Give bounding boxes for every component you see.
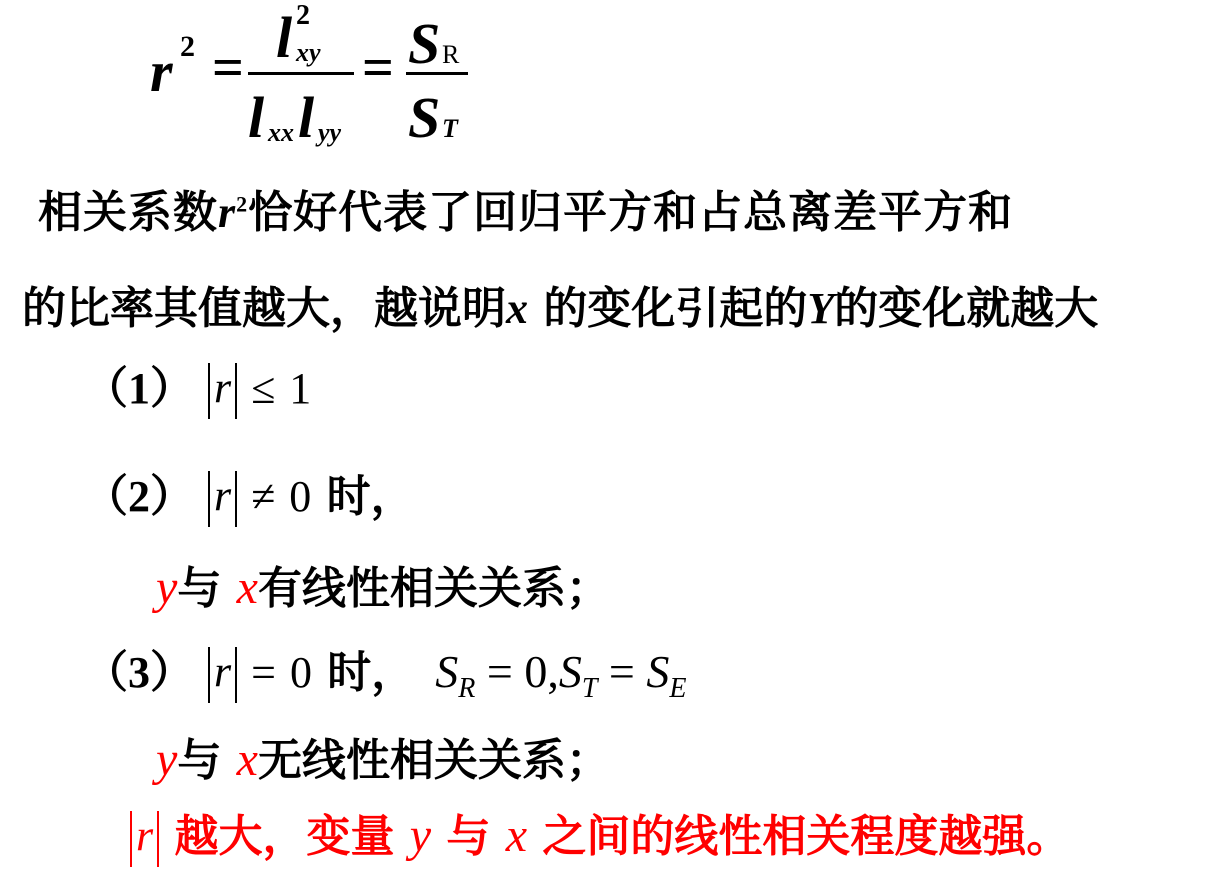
abs-r: r (208, 647, 237, 703)
var-y: y (156, 733, 177, 786)
conclusion: r 越大，变量 y 与 x 之间的线性相关程度越强。 (130, 800, 1070, 867)
fraction-lxy: l 2 xy l xx l yy (248, 0, 354, 150)
eq: = (597, 646, 646, 697)
text: 之间的线性相关程度越强。 (527, 811, 1070, 862)
var-r: r (218, 188, 236, 237)
exp-2: 2 (236, 191, 248, 216)
den-l1: l (248, 84, 264, 151)
text: 相关系数 (38, 187, 218, 238)
sum-of-squares-equation: SR = 0,ST = SE (435, 646, 686, 697)
den-S-sub: T (442, 114, 458, 144)
text: 与 (177, 735, 236, 786)
var-Y: Y (807, 284, 834, 333)
var-r: r (214, 471, 231, 520)
value: 0 (289, 472, 311, 521)
S: S (559, 646, 582, 697)
text: 无线性相关关系； (258, 735, 610, 786)
var-r: r (136, 811, 153, 860)
num-l: l (276, 4, 292, 71)
item-label: （3） (84, 648, 194, 697)
value: 1 (289, 364, 311, 413)
text: 的比率其值越大，越说明 (22, 283, 506, 334)
item-label: （1） (84, 364, 194, 413)
item-label: （2） (84, 472, 194, 521)
var-x: x (506, 809, 527, 862)
num-sub: xy (296, 38, 321, 68)
var-y: y (156, 561, 177, 614)
sub-R: R (458, 673, 475, 704)
den-l2: l (298, 84, 314, 151)
text: 与 (431, 811, 506, 862)
S: S (435, 646, 458, 697)
item-1: （1） r ≤ 1 (84, 352, 311, 419)
den-S: S (408, 84, 440, 151)
var-r: r (214, 363, 231, 412)
fraction-bar (248, 72, 354, 75)
item-2-note: y与 x有线性相关关系； (156, 552, 610, 616)
sub-E: E (669, 673, 686, 704)
fraction-bar (406, 72, 468, 75)
num-sup: 2 (296, 0, 310, 32)
text: = 0, (475, 646, 558, 697)
suffix: 时， (311, 471, 414, 522)
var-x: x (237, 561, 258, 614)
formula-eq-2: = (362, 36, 394, 100)
formula-lhs: r (150, 38, 173, 105)
var-y: y (410, 809, 431, 862)
abs-r: r (130, 811, 159, 867)
num-S: S (408, 10, 440, 77)
den-sub2: yy (318, 118, 341, 148)
fraction-sr-st: S R S T (406, 0, 468, 150)
suffix: 时， (312, 647, 415, 698)
relation: = (251, 648, 276, 697)
sub-T: T (582, 673, 598, 704)
item-3: （3） r = 0 时， SR = 0,ST = SE (84, 636, 686, 705)
relation: ≤ (251, 364, 275, 413)
text: 越大，变量 (159, 811, 410, 862)
item-3-note: y与 x无线性相关关系； (156, 724, 610, 788)
formula-lhs-exp: 2 (180, 30, 195, 64)
relation: ≠ (251, 472, 275, 521)
var-x: x (237, 733, 258, 786)
text: 恰好代表了回归平方和占总离差平方和 (248, 187, 1013, 238)
num-S-sub: R (442, 40, 459, 70)
text: 的变化引起的 (528, 283, 807, 334)
text: 的变化就越大 (834, 283, 1098, 334)
text: 与 (177, 563, 236, 614)
paragraph-line-1: 相关系数r2恰好代表了回归平方和占总离差平方和 (38, 176, 1013, 240)
formula-eq-1: = (212, 36, 244, 100)
den-sub1: xx (268, 118, 294, 148)
var-x: x (506, 284, 528, 333)
abs-r: r (208, 363, 237, 419)
S: S (646, 646, 669, 697)
abs-r: r (208, 471, 237, 527)
paragraph-line-2: 的比率其值越大，越说明x 的变化引起的Y的变化就越大 (22, 272, 1098, 336)
var-r: r (214, 647, 231, 696)
value: 0 (290, 648, 312, 697)
item-2: （2） r ≠ 0 时， (84, 460, 415, 527)
text: 有线性相关关系； (258, 563, 610, 614)
